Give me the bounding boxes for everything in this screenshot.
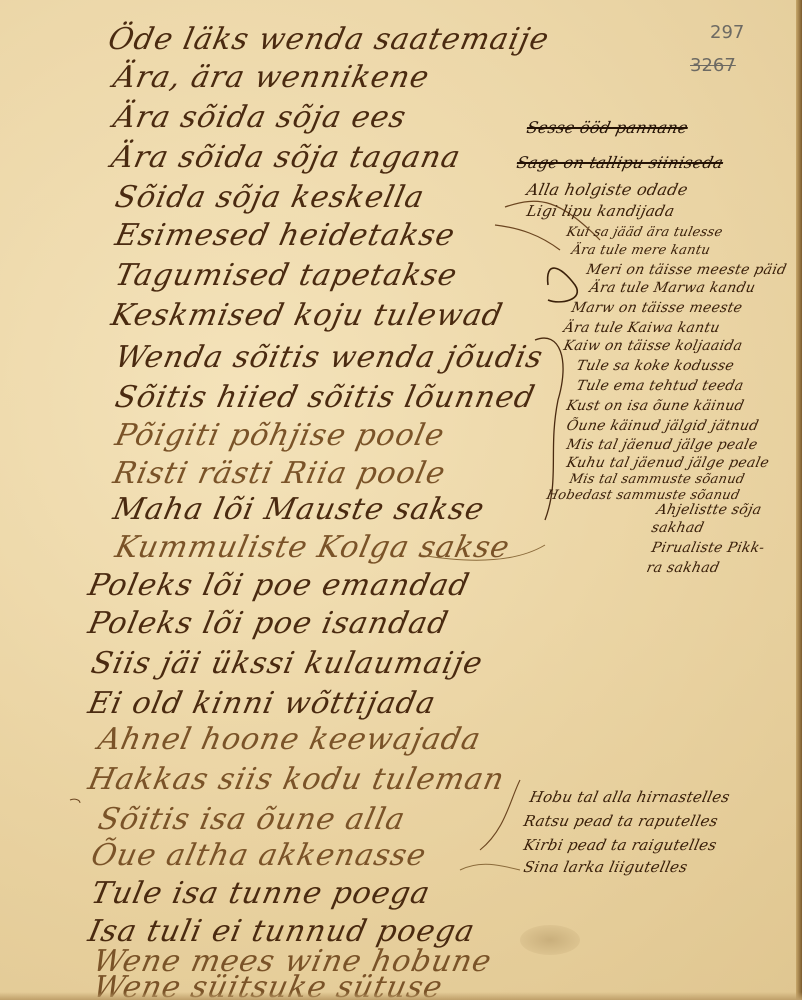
- text-line-22: Õue altha akkenasse: [88, 838, 430, 873]
- margin-note-15: Kuhu tal jäenud jälge peale: [565, 455, 771, 471]
- margin-note-19: sakhad: [650, 520, 706, 536]
- text-line-14: Kummuliste Kolga sakse: [112, 530, 513, 565]
- old-page-number: 3267: [690, 55, 736, 76]
- margin-note-13: Õune käinud jälgid jätnud: [565, 418, 760, 434]
- margin-note-2: Ligi lipu kandijada: [525, 202, 676, 220]
- margin-note-10: Tule sa koke kodusse: [575, 358, 736, 374]
- page-edge: [796, 0, 802, 1000]
- text-line-20: Hakkas siis kodu tuleman: [85, 762, 508, 797]
- text-line-7: Tagumised tapetakse: [112, 258, 461, 293]
- text-line-23: Tule isa tunne poega: [88, 876, 433, 911]
- margin-note-12: Kust on isa õune käinud: [565, 398, 746, 414]
- margin-note-4: Ära tule mere kantu: [570, 243, 712, 258]
- struck-note-1: Sesse ööd pannane: [525, 118, 690, 137]
- margin-note-18: Ahjelistte sõja: [655, 502, 763, 518]
- text-line-9: Wenda sõitis wenda jõudis: [112, 340, 546, 375]
- text-line-13: Maha lõi Mauste sakse: [110, 492, 488, 527]
- margin-note-17: Hobedast sammuste sõanud: [545, 488, 741, 503]
- text-line-8: Keskmised koju tulewad: [108, 298, 506, 333]
- text-line-3: Ära sõida sõja ees: [110, 100, 410, 135]
- page-number: 297: [710, 22, 744, 43]
- margin-note-3: Kui sa jääd ära tulesse: [565, 225, 724, 240]
- text-line-19: Ahnel hoone keewajada: [95, 722, 484, 757]
- text-line-21: Sõitis isa õune alla: [95, 802, 409, 837]
- margin-note-6: Ära tule Marwa kandu: [588, 280, 757, 296]
- margin-note-11: Tule ema tehtud teeda: [575, 378, 745, 394]
- manuscript-page: 297 3267 Öde läks wenda saatemaije Ära, …: [0, 0, 802, 1000]
- margin-note-7: Marw on täisse meeste: [570, 300, 744, 316]
- text-line-15: Poleks lõi poe emandad: [85, 568, 473, 603]
- text-line-16: Poleks lõi poe isandad: [85, 606, 452, 641]
- text-line-11: Põigiti põhjise poole: [112, 418, 448, 453]
- margin-note-lower-3: Kirbi pead ta raigutelles: [522, 836, 718, 854]
- text-line-10: Sõitis hiied sõitis lõunned: [112, 380, 538, 415]
- margin-note-21: ra sakhad: [645, 560, 721, 576]
- page-bottom-edge: [0, 992, 802, 1000]
- text-line-6: Esimesed heidetakse: [112, 218, 458, 253]
- text-line-17: Siis jäi ükssi kulaumaije: [88, 646, 486, 681]
- struck-note-2: Sage on tallipu siiniseda: [515, 153, 725, 172]
- text-line-12: Risti rästi Riia poole: [110, 456, 449, 491]
- margin-note-5: Meri on täisse meeste päid: [585, 262, 788, 278]
- margin-note-lower-2: Ratsu pead ta raputelles: [522, 812, 720, 830]
- margin-note-16: Mis tal sammuste sõanud: [568, 472, 746, 487]
- text-line-18: Ei old kinni wõttijada: [85, 686, 439, 721]
- margin-note-lower-1: Hobu tal alla hirnastelles: [528, 788, 732, 806]
- ink-stain: [520, 925, 580, 955]
- text-line-2: Ära, ära wennikene: [110, 60, 433, 95]
- margin-note-1: Alla holgiste odade: [525, 180, 690, 199]
- margin-note-8: Ära tule Kaiwa kantu: [562, 320, 721, 336]
- margin-note-lower-4: Sina larka liigutelles: [522, 858, 689, 876]
- text-line-1: Öde läks wenda saatemaije: [105, 22, 552, 57]
- margin-note-9: Kaiw on täisse koljaaida: [562, 338, 744, 354]
- margin-note-14: Mis tal jäenud jälge peale: [565, 437, 759, 453]
- text-line-4: Ära sõida sõja tagana: [108, 140, 464, 175]
- text-line-5: Sõida sõja keskella: [112, 180, 428, 215]
- margin-note-20: Pirualiste Pikk-: [650, 540, 766, 556]
